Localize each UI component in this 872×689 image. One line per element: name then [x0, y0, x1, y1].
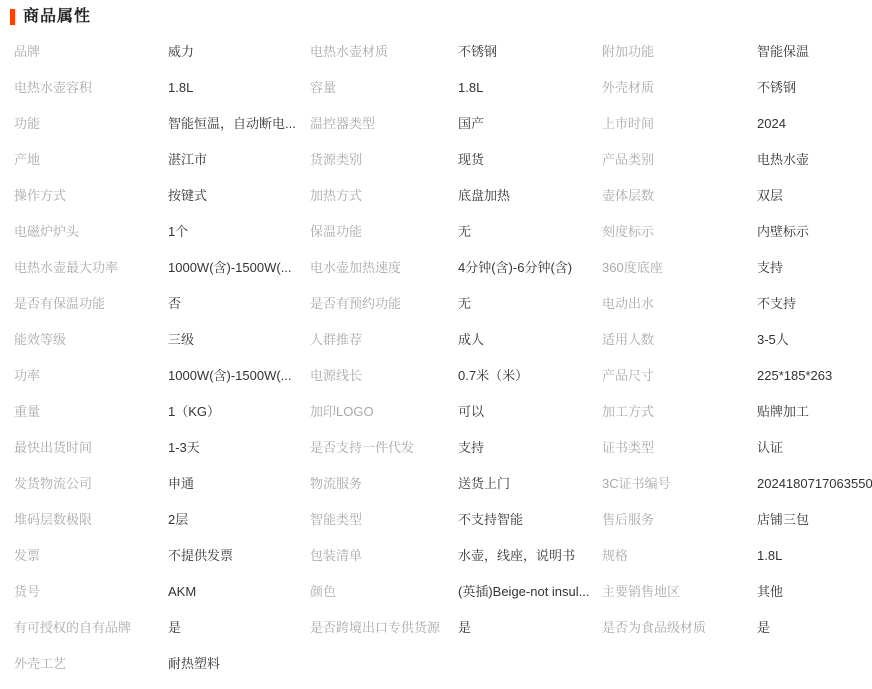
attr-label: 人群推荐 — [310, 322, 458, 358]
attr-value: 申通 — [168, 466, 310, 502]
attr-value: 1-3天 — [168, 430, 310, 466]
attr-value: 1（KG） — [168, 394, 310, 430]
attr-label: 货号 — [14, 574, 168, 610]
attr-value: 威力 — [168, 34, 310, 70]
attr-value: 现货 — [458, 142, 602, 178]
attr-value: 可以 — [458, 394, 602, 430]
attr-row: 功能智能恒温，自动断电...温控器类型国产上市时间2024 — [0, 106, 872, 142]
attr-label: 货源类别 — [310, 142, 458, 178]
attr-label: 上市时间 — [602, 106, 757, 142]
attr-label: 360度底座 — [602, 250, 757, 286]
attr-label: 电水壶加热速度 — [310, 250, 458, 286]
attr-label: 加工方式 — [602, 394, 757, 430]
attr-label: 是否为食品级材质 — [602, 610, 757, 646]
attr-label: 产地 — [14, 142, 168, 178]
attr-label: 功率 — [14, 358, 168, 394]
attr-label: 温控器类型 — [310, 106, 458, 142]
attr-label: 电源线长 — [310, 358, 458, 394]
attr-row: 货号AKM颜色(英插)Beige-not insul...主要销售地区其他 — [0, 574, 872, 610]
attr-label: 堆码层数极限 — [14, 502, 168, 538]
attr-label: 产品尺寸 — [602, 358, 757, 394]
attr-value: 店铺三包 — [757, 502, 872, 538]
attr-label: 发票 — [14, 538, 168, 574]
attr-value: 否 — [168, 286, 310, 322]
attr-value: 不提供发票 — [168, 538, 310, 574]
attr-value: 认证 — [757, 430, 872, 466]
attr-value: AKM — [168, 574, 310, 610]
attr-value: 1.8L — [458, 70, 602, 106]
attr-value: 支持 — [458, 430, 602, 466]
attr-value: 按键式 — [168, 178, 310, 214]
attr-row: 电磁炉炉头1个保温功能无刻度标示内壁标示 — [0, 214, 872, 250]
attr-value: 送货上门 — [458, 466, 602, 502]
attr-label: 发货物流公司 — [14, 466, 168, 502]
attr-label: 电动出水 — [602, 286, 757, 322]
attr-value: 2024 — [757, 106, 872, 142]
attr-row: 有可授权的自有品牌是是否跨境出口专供货源是是否为食品级材质是 — [0, 610, 872, 646]
attr-label: 壶体层数 — [602, 178, 757, 214]
attr-label: 是否支持一件代发 — [310, 430, 458, 466]
attr-row: 品牌威力电热水壶材质不锈钢附加功能智能保温 — [0, 34, 872, 70]
attr-label: 电热水壶最大功率 — [14, 250, 168, 286]
attr-label: 品牌 — [14, 34, 168, 70]
attr-label: 颜色 — [310, 574, 458, 610]
attr-row: 发货物流公司申通物流服务送货上门3C证书编号2024180717063550 — [0, 466, 872, 502]
attr-value: 是 — [757, 610, 872, 646]
attr-value: 1000W(含)-1500W(... — [168, 358, 310, 394]
attr-value: 1.8L — [757, 538, 872, 574]
attr-value: 智能保温 — [757, 34, 872, 70]
attr-label: 产品类别 — [602, 142, 757, 178]
attr-row: 最快出货时间1-3天是否支持一件代发支持证书类型认证 — [0, 430, 872, 466]
attr-value: 4分钟(含)-6分钟(含) — [458, 250, 602, 286]
attr-value: 耐热塑料 — [168, 646, 310, 682]
attr-label: 适用人数 — [602, 322, 757, 358]
attr-label: 证书类型 — [602, 430, 757, 466]
attr-label: 外壳材质 — [602, 70, 757, 106]
attr-label: 加印LOGO — [310, 394, 458, 430]
attr-value: 电热水壶 — [757, 142, 872, 178]
attr-label: 规格 — [602, 538, 757, 574]
product-attributes-page: 商品属性 品牌威力电热水壶材质不锈钢附加功能智能保温电热水壶容积1.8L容量1.… — [0, 0, 872, 682]
attr-label: 智能类型 — [310, 502, 458, 538]
attr-label: 售后服务 — [602, 502, 757, 538]
attr-row: 是否有保温功能否是否有预约功能无电动出水不支持 — [0, 286, 872, 322]
attr-label: 物流服务 — [310, 466, 458, 502]
attr-row: 操作方式按键式加热方式底盘加热壶体层数双层 — [0, 178, 872, 214]
attr-value: 贴牌加工 — [757, 394, 872, 430]
attr-row: 电热水壶最大功率1000W(含)-1500W(...电水壶加热速度4分钟(含)-… — [0, 250, 872, 286]
attr-value: 1.8L — [168, 70, 310, 106]
attr-value: 湛江市 — [168, 142, 310, 178]
attr-label: 附加功能 — [602, 34, 757, 70]
attr-label: 电磁炉炉头 — [14, 214, 168, 250]
attr-label: 是否有预约功能 — [310, 286, 458, 322]
attr-label: 操作方式 — [14, 178, 168, 214]
attr-label: 保温功能 — [310, 214, 458, 250]
attr-value: 3-5人 — [757, 322, 872, 358]
attr-value: 双层 — [757, 178, 872, 214]
attr-label: 能效等级 — [14, 322, 168, 358]
attr-label: 功能 — [14, 106, 168, 142]
attr-value: 内壁标示 — [757, 214, 872, 250]
attr-row: 功率1000W(含)-1500W(...电源线长0.7米（米）产品尺寸225*1… — [0, 358, 872, 394]
attr-label: 容量 — [310, 70, 458, 106]
attr-label: 有可授权的自有品牌 — [14, 610, 168, 646]
attr-label: 3C证书编号 — [602, 466, 757, 502]
attr-label: 电热水壶材质 — [310, 34, 458, 70]
attr-value: 支持 — [757, 250, 872, 286]
attr-value: 不锈钢 — [458, 34, 602, 70]
attr-value: 水壶，线座，说明书 — [458, 538, 602, 574]
section-title: 商品属性 — [23, 8, 91, 26]
attr-value: 0.7米（米） — [458, 358, 602, 394]
attr-value: 三级 — [168, 322, 310, 358]
attr-row: 能效等级三级人群推荐成人适用人数3-5人 — [0, 322, 872, 358]
attr-value: 2024180717063550 — [757, 466, 872, 502]
attr-label: 电热水壶容积 — [14, 70, 168, 106]
attr-value: 不支持 — [757, 286, 872, 322]
accent-bar-icon — [10, 9, 15, 25]
attr-row: 发票不提供发票包装清单水壶，线座，说明书规格1.8L — [0, 538, 872, 574]
attr-row: 产地湛江市货源类别现货产品类别电热水壶 — [0, 142, 872, 178]
attr-value: 国产 — [458, 106, 602, 142]
attr-label: 重量 — [14, 394, 168, 430]
product-attributes-table: 品牌威力电热水壶材质不锈钢附加功能智能保温电热水壶容积1.8L容量1.8L外壳材… — [0, 32, 872, 682]
attr-value: 1000W(含)-1500W(... — [168, 250, 310, 286]
attr-value: 是 — [458, 610, 602, 646]
attr-value: 无 — [458, 214, 602, 250]
attr-value: 成人 — [458, 322, 602, 358]
attr-value: (英插)Beige-not insul... — [458, 574, 602, 610]
attr-label: 是否跨境出口专供货源 — [310, 610, 458, 646]
attr-row: 堆码层数极限2层智能类型不支持智能售后服务店铺三包 — [0, 502, 872, 538]
attr-label: 包装清单 — [310, 538, 458, 574]
attr-label: 是否有保温功能 — [14, 286, 168, 322]
section-header: 商品属性 — [0, 0, 872, 32]
attr-value: 其他 — [757, 574, 872, 610]
attr-label: 加热方式 — [310, 178, 458, 214]
attr-value: 225*185*263 — [757, 358, 872, 394]
attr-row: 电热水壶容积1.8L容量1.8L外壳材质不锈钢 — [0, 70, 872, 106]
attr-value: 无 — [458, 286, 602, 322]
attr-value: 智能恒温，自动断电... — [168, 106, 310, 142]
attr-value: 2层 — [168, 502, 310, 538]
attr-label: 主要销售地区 — [602, 574, 757, 610]
attr-value: 不锈钢 — [757, 70, 872, 106]
attr-row: 外壳工艺耐热塑料 — [0, 646, 872, 682]
attr-label: 外壳工艺 — [14, 646, 168, 682]
attr-label: 刻度标示 — [602, 214, 757, 250]
attr-row: 重量1（KG）加印LOGO可以加工方式贴牌加工 — [0, 394, 872, 430]
attr-label: 最快出货时间 — [14, 430, 168, 466]
attr-value: 底盘加热 — [458, 178, 602, 214]
attr-value: 1个 — [168, 214, 310, 250]
attr-value: 是 — [168, 610, 310, 646]
attr-value: 不支持智能 — [458, 502, 602, 538]
